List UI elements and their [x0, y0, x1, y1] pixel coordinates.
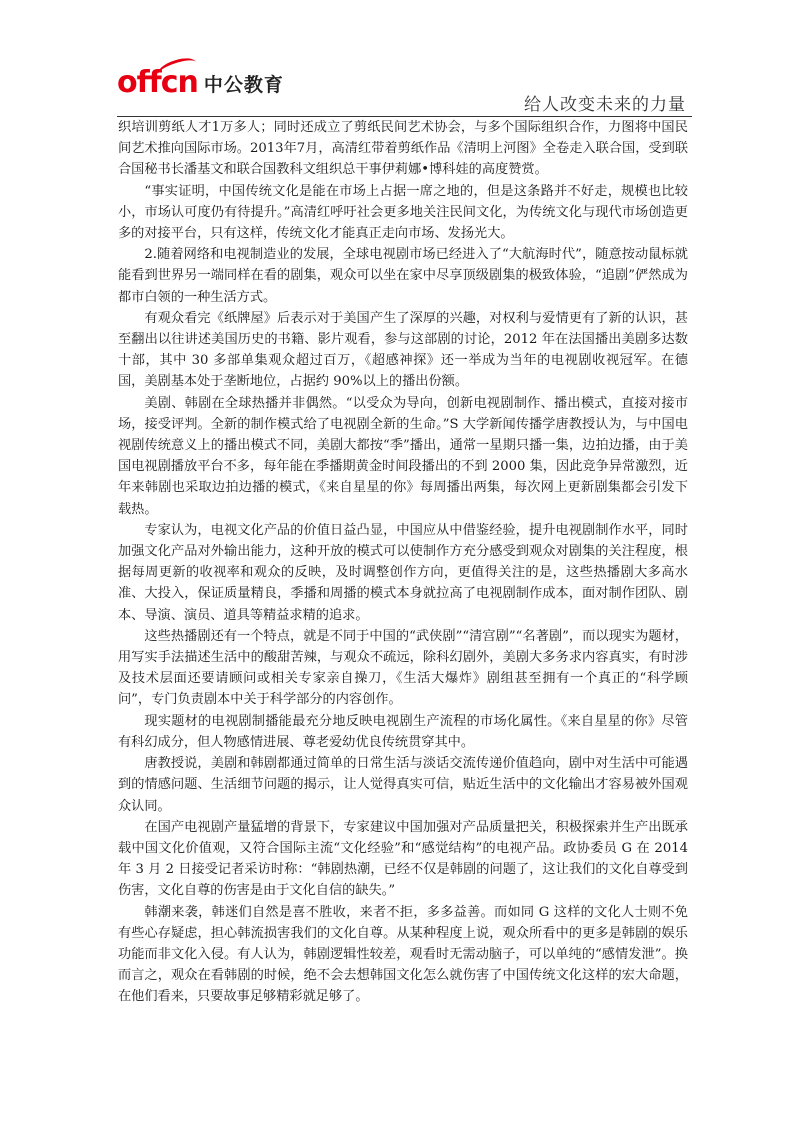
paragraph: 唐教授说，美剧和韩剧都通过简单的日常生活与淡话交流传递价值趋向，剧中对生活中可能… — [118, 753, 688, 817]
paragraph: 在国产电视剧产量猛增的背景下，专家建议中国加强对产品质量把关，积极探索并生产出既… — [118, 817, 688, 902]
paragraph: 有观众看完《纸牌屋》后表示对于美国产生了深厚的兴趣，对权利与爱情更有了新的认识，… — [118, 308, 688, 393]
paragraph: 2.随着网络和电视制造业的发展，全球电视剧市场已经进入了“大航海时代”，随意按动… — [118, 244, 688, 308]
paragraph: 现实题材的电视剧制播能最充分地反映电视剧生产流程的市场化属性。《来自星星的你》尽… — [118, 711, 688, 753]
paragraph: 专家认为，电视文化产品的价值日益凸显，中国应从中借鉴经验，提升电视剧制作水平，同… — [118, 520, 688, 626]
slogan: 给人改变未来的力量 — [524, 90, 686, 115]
offcn-logo: offcn 中公教育 — [117, 66, 284, 100]
paragraph: 这些热播剧还有一个特点，就是不同于中国的“武侠剧”“清宫剧”“名著剧”，而以现实… — [118, 626, 688, 711]
page-header: offcn 中公教育 给人改变未来的力量 — [117, 62, 692, 118]
document-body: 织培训剪纸人才1万多人；同时还成立了剪纸民间艺术协会，与多个国际组织合作，力图将… — [118, 117, 688, 1008]
paragraph: 美剧、韩剧在全球热播并非偶然。“以受众为导向，创新电视剧制作、播出模式，直接对接… — [118, 393, 688, 520]
paragraph: 织培训剪纸人才1万多人；同时还成立了剪纸民间艺术协会，与多个国际组织合作，力图将… — [118, 117, 688, 181]
paragraph: “事实证明，中国传统文化是能在市场上占据一席之地的，但是这条路并不好走，规模也比… — [118, 181, 688, 245]
logo-chinese-name: 中公教育 — [204, 70, 284, 97]
paragraph: 韩潮来袭，韩迷们自然是喜不胜收，来者不拒，多多益善。而如同 G 这样的文化人士则… — [118, 902, 688, 1008]
